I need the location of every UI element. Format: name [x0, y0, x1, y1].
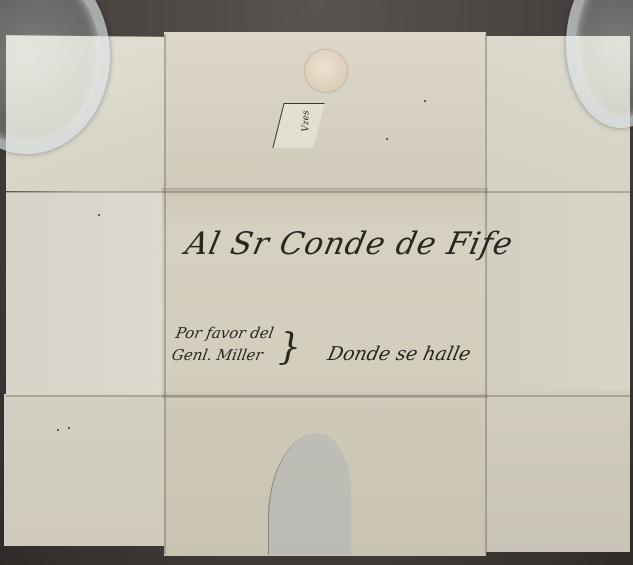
carrier-note: Por favor del Genl. Miller — [170, 322, 275, 366]
ink-speck — [57, 429, 59, 431]
ink-speck — [98, 214, 100, 216]
ink-speck — [424, 100, 426, 102]
fold-line-left — [164, 34, 166, 554]
fold-line-right — [485, 34, 487, 554]
photo-background: Vzes Al Sr Conde de Fife Por favor del G… — [0, 0, 633, 565]
address-line: Al Sr Conde de Fife — [182, 226, 516, 262]
paper-panel-bottom-left — [4, 394, 166, 546]
carrier-note-line1: Por favor del — [174, 322, 276, 344]
brace-glyph: } — [278, 330, 301, 366]
wax-seal-icon — [305, 50, 347, 92]
delivery-note: Donde se halle — [326, 343, 473, 365]
carrier-note-line2: Genl. Miller — [170, 344, 272, 366]
paper-panel-middle-left — [6, 192, 166, 396]
fold-line-bottom — [6, 395, 630, 397]
ink-speck — [68, 427, 70, 429]
paper-panel-bottom-right — [486, 390, 630, 552]
seal-note: Vzes — [302, 110, 312, 131]
ink-speck — [386, 138, 388, 140]
paper-panel-middle-right — [486, 194, 630, 394]
fold-line-top — [6, 191, 630, 193]
address-panel — [162, 188, 488, 398]
